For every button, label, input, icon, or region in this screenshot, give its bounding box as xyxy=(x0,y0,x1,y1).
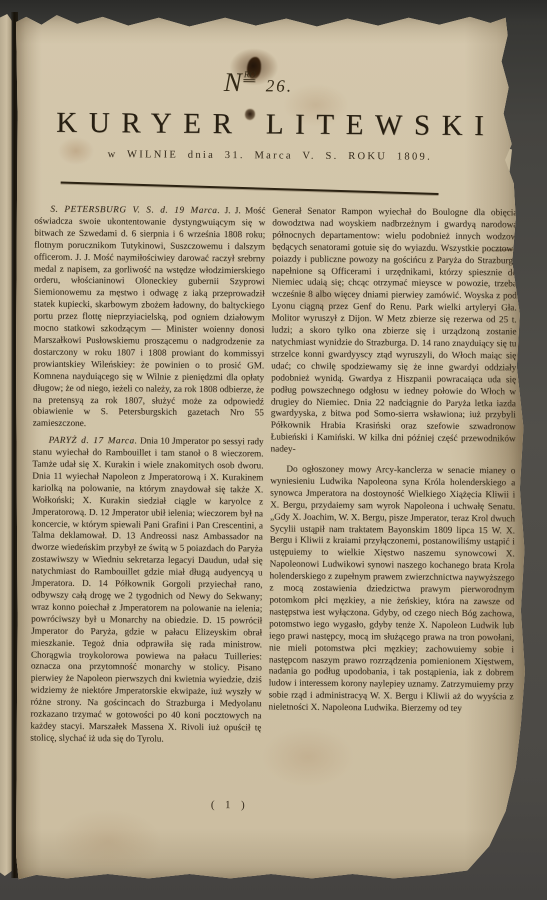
issue-number-script-n: N xyxy=(224,67,243,97)
masthead: NRO26. KURYER LITEWSKI w WILNIE dnia 31.… xyxy=(15,65,526,163)
article-petersburg-heading: S. PETERSBURG V. S. d. 19 Marca. xyxy=(50,204,220,215)
article-petersburg-text: J. J. Mość oświadcza swoie ukontentowani… xyxy=(33,205,266,428)
right-column: Generał Senator Rampon wyiechał do Boulo… xyxy=(268,205,518,827)
article-senate-decree: Do ogłoszoney mowy Arcy-kanclerza w sena… xyxy=(268,463,515,715)
issue-number-value: 26. xyxy=(266,76,293,95)
article-paris-continuation: Generał Senator Rampon wyiechał do Boulo… xyxy=(270,205,517,457)
newspaper-title: KURYER LITEWSKI xyxy=(15,106,525,143)
article-paris-continuation-text: Generał Senator Rampon wyiechał do Boulo… xyxy=(271,205,518,453)
scan-background: NRO26. KURYER LITEWSKI w WILNIE dnia 31.… xyxy=(0,0,547,900)
article-columns: S. PETERSBURG V. S. d. 19 Marca. J. J. M… xyxy=(10,203,525,827)
issue-number: NRO26. xyxy=(15,65,501,100)
page-content: NRO26. KURYER LITEWSKI w WILNIE dnia 31.… xyxy=(9,7,526,883)
masthead-rule xyxy=(61,181,439,195)
newspaper-page: NRO26. KURYER LITEWSKI w WILNIE dnia 31.… xyxy=(16,9,526,881)
article-paryz: PARYŻ d. 17 Marca. Dnia 10 Jmperator po … xyxy=(30,435,263,746)
issue-number-superscript: RO xyxy=(244,69,256,82)
article-petersburg: S. PETERSBURG V. S. d. 19 Marca. J. J. M… xyxy=(33,204,266,432)
left-column: S. PETERSBURG V. S. d. 19 Marca. J. J. M… xyxy=(30,204,266,826)
dateline: w WILNIE dnia 31. Marca V. S. ROKU 1809. xyxy=(15,148,525,163)
article-paryz-text: Dnia 10 Jmperator po sessyi rady stanu w… xyxy=(30,436,263,744)
article-paryz-heading: PARYŻ d. 17 Marca. xyxy=(49,435,138,446)
article-senate-decree-text: Do ogłoszoney mowy Arcy-kanclerza w sena… xyxy=(268,464,515,714)
